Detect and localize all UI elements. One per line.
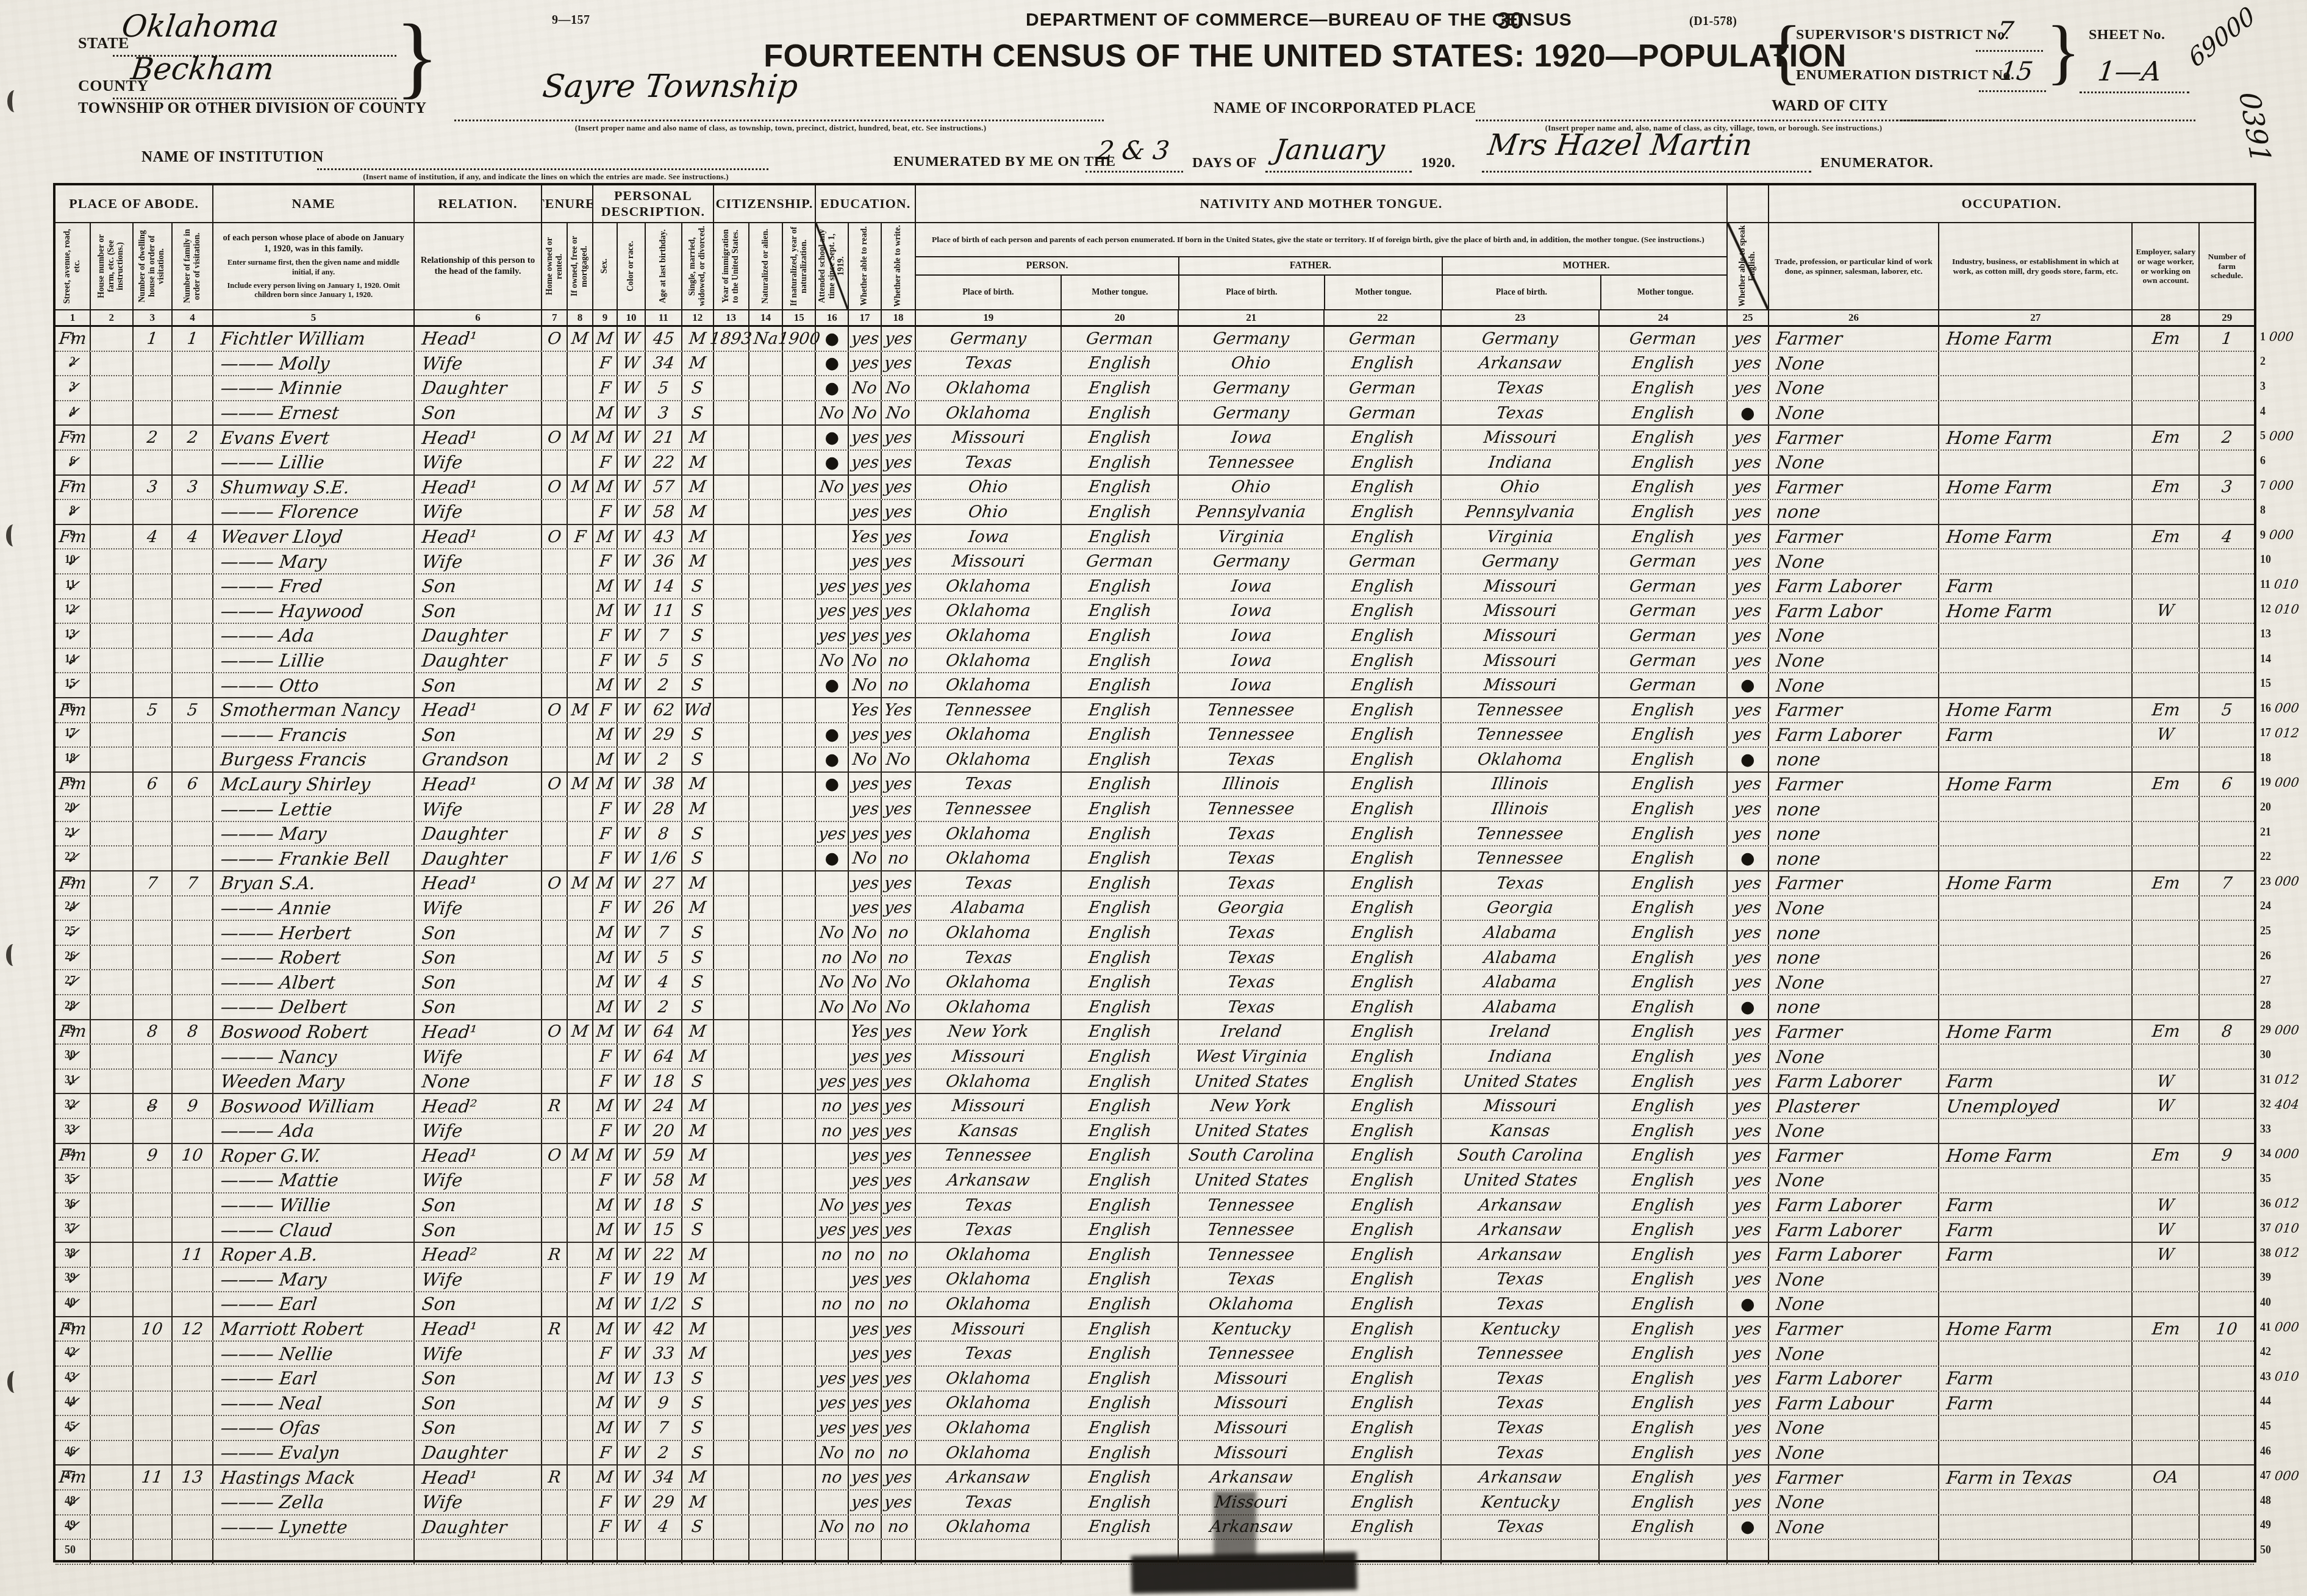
cell-col26: Farm Labor bbox=[1769, 599, 1939, 623]
cell-col25: yes bbox=[1728, 1243, 1769, 1267]
cell-col18: no bbox=[882, 649, 916, 673]
cell-value: ——— Mary bbox=[220, 1269, 328, 1290]
cell-col17: yes bbox=[849, 1268, 882, 1292]
cell-value: English bbox=[1631, 973, 1696, 992]
cell-value: 2 bbox=[146, 428, 159, 447]
cell-col19: Oklahoma bbox=[916, 1268, 1062, 1292]
cell-value: Kansas bbox=[957, 1122, 1019, 1140]
cell-value: Son bbox=[421, 1368, 457, 1389]
cell-value: yes bbox=[850, 577, 880, 596]
cell-col29 bbox=[2200, 352, 2254, 376]
cell-col17: No bbox=[849, 673, 882, 697]
right-line-number: 16000 bbox=[2260, 696, 2307, 721]
cell-value: M bbox=[570, 1146, 589, 1165]
cell-value: no bbox=[820, 1097, 843, 1115]
cell-col28: W bbox=[2133, 1070, 2200, 1093]
table-row: ✓——— FrancisSonMW29S●yesyesOklahomaEngli… bbox=[55, 723, 2254, 748]
cell-col17: yes bbox=[849, 327, 882, 351]
cell-value: German bbox=[1086, 329, 1154, 348]
cell-value: English bbox=[1631, 428, 1696, 447]
cell-value: United States bbox=[1193, 1072, 1309, 1091]
cell-value: no bbox=[887, 923, 909, 942]
cell-value: F bbox=[598, 1517, 612, 1536]
cell-col24: English bbox=[1600, 1070, 1728, 1093]
cell-col7 bbox=[542, 624, 568, 648]
cell-value: Wife bbox=[421, 353, 464, 374]
cell-value: W bbox=[621, 1171, 641, 1190]
right-line-number: 46 bbox=[2260, 1439, 2307, 1464]
cell-col22: English bbox=[1325, 698, 1442, 722]
cell-col13 bbox=[714, 797, 749, 821]
cell-value: Home Farm bbox=[1945, 1319, 2054, 1339]
column-desc-18: Whether able to write. bbox=[882, 223, 916, 309]
cell-col18: yes bbox=[882, 1416, 916, 1440]
cell-col4: 11 bbox=[173, 1243, 214, 1267]
cell-value: English bbox=[1631, 1022, 1696, 1041]
table-row: ✓——— ClaudSonMW15SyesyesyesTexasEnglishT… bbox=[55, 1218, 2254, 1243]
cell-col25: yes bbox=[1728, 921, 1769, 945]
cell-value: English bbox=[1350, 1097, 1415, 1115]
cell-value: Iowa bbox=[1230, 626, 1273, 645]
cell-col11: 58 bbox=[646, 1168, 682, 1192]
supervisor-value: 7 bbox=[1995, 16, 2015, 46]
cell-value: yes bbox=[884, 825, 914, 843]
cell-col21: United States bbox=[1179, 1119, 1325, 1143]
cell-col4 bbox=[173, 1119, 214, 1143]
cell-col9: F bbox=[593, 896, 618, 920]
table-row: ✓——— EarlSonMW1/2SnononoOklahomaEnglishO… bbox=[55, 1292, 2254, 1317]
cell-col22: English bbox=[1325, 426, 1442, 449]
column-number-26: 26 bbox=[1769, 310, 1939, 325]
cell-col11: 38 bbox=[646, 773, 682, 796]
cell-value: Bryan S.A. bbox=[220, 873, 317, 893]
cell-col8 bbox=[568, 376, 593, 400]
cell-value: Oklahoma bbox=[945, 676, 1031, 695]
cell-col23: Missouri bbox=[1442, 673, 1600, 697]
cell-value: Kentucky bbox=[1480, 1320, 1561, 1339]
cell-col22: English bbox=[1325, 723, 1442, 747]
cell-value: M bbox=[688, 503, 707, 521]
cell-col5: ——— Fred bbox=[213, 574, 414, 598]
cell-col8 bbox=[568, 624, 593, 648]
cell-col12: M bbox=[682, 500, 714, 524]
cell-col18: yes bbox=[882, 599, 916, 623]
cell-col10: W bbox=[618, 1292, 646, 1316]
cell-col29 bbox=[2200, 1441, 2254, 1465]
cell-value: Arkansaw bbox=[1209, 1468, 1293, 1487]
cell-col21: Germany bbox=[1179, 549, 1325, 573]
cell-value: English bbox=[1350, 478, 1415, 496]
cell-value: yes bbox=[884, 626, 914, 645]
right-line-number: 39 bbox=[2260, 1265, 2307, 1290]
cell-col20: English bbox=[1062, 599, 1179, 623]
left-line-number: 42 bbox=[30, 1339, 79, 1364]
cell-col7: O bbox=[542, 476, 568, 499]
cell-col18: yes bbox=[882, 773, 916, 796]
cell-col7 bbox=[542, 500, 568, 524]
cell-col16 bbox=[816, 1342, 849, 1365]
cell-value: English bbox=[1087, 601, 1153, 620]
cell-col5: ——— Molly bbox=[213, 352, 414, 376]
cell-value: English bbox=[1350, 1146, 1415, 1165]
cell-value: 2 bbox=[657, 676, 670, 695]
cell-value: None bbox=[1775, 650, 1826, 671]
cell-value: Iowa bbox=[1230, 428, 1273, 447]
cell-value: yes bbox=[817, 1394, 847, 1412]
cell-col23: Alabama bbox=[1442, 946, 1600, 970]
line-number: 27 bbox=[2260, 974, 2271, 987]
cell-value: Wife bbox=[421, 1344, 464, 1364]
cell-value: None bbox=[1775, 378, 1826, 398]
cell-col12: M bbox=[682, 426, 714, 449]
cell-col16: No bbox=[816, 1193, 849, 1217]
cell-value: Head¹ bbox=[421, 477, 478, 498]
cell-col5: ——— Lettie bbox=[213, 797, 414, 821]
cell-col14 bbox=[749, 1515, 784, 1539]
right-line-number: 11010 bbox=[2260, 572, 2307, 597]
cell-col3 bbox=[134, 1268, 173, 1292]
cell-col17: No bbox=[849, 401, 882, 425]
cell-value: Son bbox=[421, 1294, 457, 1314]
cell-col20: English bbox=[1062, 451, 1179, 474]
cell-col12: S bbox=[682, 574, 714, 598]
cell-col13 bbox=[714, 376, 749, 400]
cell-value: M bbox=[688, 1047, 707, 1066]
table-row: ✓——— MollyWifeFW34M●yesyesTexasEnglishOh… bbox=[55, 352, 2254, 377]
cell-col27 bbox=[1939, 921, 2133, 945]
cell-col20: English bbox=[1062, 773, 1179, 796]
cell-value: ● bbox=[824, 725, 839, 744]
cell-col25: yes bbox=[1728, 426, 1769, 449]
cell-col20: English bbox=[1062, 921, 1179, 945]
cell-value: W bbox=[621, 1344, 641, 1363]
cell-col13 bbox=[714, 1094, 749, 1118]
cell-col5: Evans Evert bbox=[213, 426, 414, 449]
cell-col24: English bbox=[1600, 748, 1728, 771]
cell-col6: Wife bbox=[415, 1168, 543, 1192]
cell-col29: 2 bbox=[2200, 426, 2254, 449]
cell-value: W bbox=[621, 1220, 641, 1239]
cell-value: M bbox=[570, 701, 589, 720]
cell-col22: English bbox=[1325, 946, 1442, 970]
cell-col9: M bbox=[593, 426, 618, 449]
cell-value: ● bbox=[1740, 404, 1755, 423]
cell-col16: ● bbox=[816, 376, 849, 400]
cell-col15 bbox=[783, 1193, 816, 1217]
cell-value: Texas bbox=[964, 1344, 1013, 1363]
column-number-18: 18 bbox=[882, 310, 916, 325]
cell-col9: M bbox=[593, 970, 618, 994]
cell-value: O bbox=[546, 874, 562, 893]
line-number: 30 bbox=[65, 1048, 76, 1061]
cell-col20: English bbox=[1062, 1243, 1179, 1267]
cell-value: English bbox=[1350, 849, 1415, 868]
cell-value: Home Farm bbox=[1945, 477, 2054, 498]
cell-col6: Head¹ bbox=[415, 426, 543, 449]
cell-value: ——— Otto bbox=[220, 675, 320, 696]
cell-col20: English bbox=[1062, 1094, 1179, 1118]
cell-col6: Daughter bbox=[415, 376, 543, 400]
cell-col21: New York bbox=[1179, 1094, 1325, 1118]
cell-col3 bbox=[134, 723, 173, 747]
cell-col25: yes bbox=[1728, 1144, 1769, 1168]
cell-col5: ——— Florence bbox=[213, 500, 414, 524]
cell-col23: Arkansaw bbox=[1442, 352, 1600, 376]
cell-col27: Home Farm bbox=[1939, 599, 2133, 623]
cell-value: English bbox=[1631, 1146, 1696, 1165]
cell-col8 bbox=[568, 1392, 593, 1415]
cell-value: English bbox=[1350, 428, 1415, 447]
cell-col15 bbox=[783, 1540, 816, 1564]
cell-value: S bbox=[691, 750, 704, 769]
cell-col25: yes bbox=[1728, 327, 1769, 351]
cell-value: none bbox=[1775, 749, 1822, 770]
line-number: 40 bbox=[2260, 1296, 2271, 1309]
cell-col12: S bbox=[682, 1441, 714, 1465]
group-header-label: TENURE. bbox=[542, 196, 593, 212]
cell-col14 bbox=[749, 871, 784, 895]
table-row: ✓——— ErnestSonMW3SNoNoNoOklahomaEnglishG… bbox=[55, 401, 2254, 426]
cell-col16: yes bbox=[816, 599, 849, 623]
cell-col10: W bbox=[618, 1243, 646, 1267]
cell-col22: English bbox=[1325, 1094, 1442, 1118]
cell-value: F bbox=[598, 1122, 612, 1140]
cell-col7 bbox=[542, 946, 568, 970]
cell-col18: No bbox=[882, 995, 916, 1019]
cell-col26: None bbox=[1769, 1515, 1939, 1539]
cell-col17: yes bbox=[849, 1416, 882, 1440]
cell-value: English bbox=[1350, 1517, 1415, 1536]
cell-value: No bbox=[851, 849, 878, 868]
cell-col16: yes bbox=[816, 624, 849, 648]
cell-col25: yes bbox=[1728, 723, 1769, 747]
cell-value: English bbox=[1087, 849, 1153, 868]
cell-col15 bbox=[783, 1268, 816, 1292]
cell-col18: yes bbox=[882, 723, 916, 747]
cell-value: English bbox=[1087, 1493, 1153, 1512]
cell-value: English bbox=[1087, 577, 1153, 596]
cell-value: yes bbox=[884, 1146, 914, 1165]
cell-col15 bbox=[783, 1317, 816, 1341]
cell-value: None bbox=[1775, 403, 1826, 423]
cell-value: W bbox=[621, 626, 641, 645]
cell-col14 bbox=[749, 476, 784, 499]
cell-value: S bbox=[691, 849, 704, 868]
cell-value: 9 bbox=[186, 1097, 199, 1115]
cell-value: Yes bbox=[883, 701, 913, 720]
county-value: Beckham bbox=[129, 51, 276, 87]
cell-value: F bbox=[598, 800, 612, 818]
cell-col13 bbox=[714, 698, 749, 722]
cell-col15 bbox=[783, 797, 816, 821]
cell-col29 bbox=[2200, 846, 2254, 870]
cell-col15 bbox=[783, 500, 816, 524]
cell-value: no bbox=[820, 1295, 843, 1314]
cell-value: No bbox=[818, 923, 845, 942]
cell-col25: yes bbox=[1728, 797, 1769, 821]
cell-col27 bbox=[1939, 995, 2133, 1019]
cell-value: Roper G.W. bbox=[220, 1145, 322, 1166]
cell-value: Daughter bbox=[421, 1517, 508, 1537]
cell-col24: English bbox=[1600, 970, 1728, 994]
cell-col12: S bbox=[682, 624, 714, 648]
cell-col21: Texas bbox=[1179, 970, 1325, 994]
cell-value: F bbox=[598, 651, 612, 670]
cell-col22: English bbox=[1325, 1465, 1442, 1489]
column-number-24: 24 bbox=[1600, 310, 1728, 325]
cell-value: None bbox=[1775, 1492, 1826, 1512]
cell-col24: English bbox=[1600, 698, 1728, 722]
cell-value: Burgess Francis bbox=[220, 749, 368, 770]
cell-value: yes bbox=[850, 1220, 880, 1239]
cell-value: Missouri bbox=[1214, 1419, 1289, 1437]
cell-col2 bbox=[91, 822, 134, 846]
left-line-number: 40 bbox=[30, 1290, 79, 1315]
table-row: Fm11Fichtler WilliamHead¹OMMW45M1893Na19… bbox=[55, 327, 2254, 352]
cell-col23: Missouri bbox=[1442, 599, 1600, 623]
days-line bbox=[1086, 171, 1183, 173]
cell-col15 bbox=[783, 1168, 816, 1192]
cell-value: Shumway S.E. bbox=[220, 477, 351, 498]
cell-col15 bbox=[783, 1070, 816, 1093]
cell-value: yes bbox=[1733, 1047, 1762, 1066]
line-number: 43 bbox=[2260, 1370, 2271, 1383]
cell-col20: English bbox=[1062, 376, 1179, 400]
column-desc-26: Trade, profession, or particular kind of… bbox=[1769, 223, 1939, 309]
cell-col24: English bbox=[1600, 723, 1728, 747]
name-desc-line1: of each person whose place of abode on J… bbox=[218, 232, 408, 254]
cell-value: S bbox=[691, 725, 704, 744]
cell-col6: Head¹ bbox=[415, 1020, 543, 1044]
cell-value: 34 bbox=[652, 1468, 675, 1487]
cell-col4: 8 bbox=[173, 1020, 214, 1044]
cell-col27 bbox=[1939, 549, 2133, 573]
cell-value: English bbox=[1350, 1444, 1415, 1462]
cell-col9: F bbox=[593, 500, 618, 524]
cell-value: yes bbox=[1733, 626, 1762, 645]
cell-value: yes bbox=[850, 1344, 880, 1363]
cell-value: Indiana bbox=[1487, 453, 1553, 472]
cell-col7 bbox=[542, 401, 568, 425]
cell-col10: W bbox=[618, 476, 646, 499]
cell-col15: 1900 bbox=[783, 327, 816, 351]
cell-value: yes bbox=[1733, 651, 1762, 670]
cell-value: Daughter bbox=[421, 823, 508, 844]
cell-value: yes bbox=[1733, 1493, 1762, 1512]
cell-col13 bbox=[714, 871, 749, 895]
cell-col24: English bbox=[1600, 1317, 1728, 1341]
cell-value: Son bbox=[421, 725, 457, 745]
cell-col4 bbox=[173, 1515, 214, 1539]
cell-col12: S bbox=[682, 846, 714, 870]
left-line-number: 41 bbox=[30, 1315, 79, 1340]
cell-col29 bbox=[2200, 500, 2254, 524]
cell-col18: yes bbox=[882, 451, 916, 474]
cell-col21: Tennessee bbox=[1179, 451, 1325, 474]
cell-value: no bbox=[887, 1517, 909, 1536]
cell-value: English bbox=[1631, 1295, 1696, 1314]
cell-value: F bbox=[598, 898, 612, 917]
nativity-sub: Place of birth.Mother tongue. bbox=[1443, 276, 1728, 309]
cell-col26: Farmer bbox=[1769, 1020, 1939, 1044]
cell-col25: yes bbox=[1728, 970, 1769, 994]
cell-col6: Son bbox=[415, 970, 543, 994]
cell-col14 bbox=[749, 896, 784, 920]
cell-col3 bbox=[134, 376, 173, 400]
cell-col12: M bbox=[682, 476, 714, 499]
cell-value: no bbox=[887, 651, 909, 670]
cell-col15 bbox=[783, 451, 816, 474]
cell-value: 5 bbox=[146, 701, 159, 720]
cell-col26: None bbox=[1769, 352, 1939, 376]
cell-value: English bbox=[1350, 1369, 1415, 1388]
column-number-row: 1234567891011121314151617181920212223242… bbox=[55, 310, 2254, 327]
cell-col6: Son bbox=[415, 921, 543, 945]
margin-mark: 000 bbox=[2274, 874, 2300, 889]
cell-col27: Home Farm bbox=[1939, 327, 2133, 351]
column-description-row: Street, avenue, road, etc.House number o… bbox=[55, 223, 2254, 310]
cell-col18: No bbox=[882, 970, 916, 994]
cell-value: 62 bbox=[652, 701, 675, 720]
cell-value: S bbox=[691, 676, 704, 695]
cell-col15 bbox=[783, 970, 816, 994]
cell-value: English bbox=[1350, 923, 1415, 942]
cell-value: M bbox=[688, 354, 707, 373]
cell-value: Missouri bbox=[951, 1320, 1026, 1339]
cell-value: W bbox=[621, 948, 641, 967]
cell-value: English bbox=[1631, 354, 1696, 373]
cell-value: English bbox=[1087, 503, 1153, 521]
cell-value: yes bbox=[850, 1320, 880, 1339]
cell-value: No bbox=[818, 651, 845, 670]
cell-col2 bbox=[91, 327, 134, 351]
cell-value: S bbox=[691, 1517, 704, 1536]
cell-col8 bbox=[568, 1367, 593, 1390]
cell-col4 bbox=[173, 401, 214, 425]
cell-col21: Germany bbox=[1179, 327, 1325, 351]
cell-col28 bbox=[2133, 1119, 2200, 1143]
cell-col21: United States bbox=[1179, 1168, 1325, 1192]
cell-value: Texas bbox=[1226, 948, 1276, 967]
cell-col2 bbox=[91, 1168, 134, 1192]
cell-value: Germany bbox=[1212, 329, 1290, 348]
cell-col26: Farmer bbox=[1769, 871, 1939, 895]
cell-col16: yes bbox=[816, 574, 849, 598]
cell-value: yes bbox=[850, 725, 880, 744]
cell-value: W bbox=[621, 379, 641, 398]
cell-value: 7 bbox=[2220, 874, 2233, 893]
cell-value: Texas bbox=[1495, 379, 1545, 398]
cell-value: Wife bbox=[421, 1120, 464, 1141]
cell-value: Head¹ bbox=[421, 328, 478, 349]
cell-col14 bbox=[749, 401, 784, 425]
cell-col24: English bbox=[1600, 1367, 1728, 1390]
cell-col8 bbox=[568, 1119, 593, 1143]
cell-value: M bbox=[595, 1419, 614, 1437]
cell-value: yes bbox=[1733, 1097, 1762, 1115]
cell-col20: English bbox=[1062, 698, 1179, 722]
cell-value: English bbox=[1087, 1369, 1153, 1388]
table-row: ✓——— LynetteDaughterFW4SNononoOklahomaEn… bbox=[55, 1515, 2254, 1541]
cell-value: yes bbox=[1733, 1245, 1762, 1264]
cell-col11: 15 bbox=[646, 1218, 682, 1242]
left-line-number: 1 bbox=[30, 324, 79, 349]
line-number: 19 bbox=[65, 776, 76, 789]
cell-col4 bbox=[173, 1392, 214, 1415]
cell-col26: None bbox=[1769, 649, 1939, 673]
cell-col7 bbox=[542, 549, 568, 573]
cell-col13 bbox=[714, 1515, 749, 1539]
